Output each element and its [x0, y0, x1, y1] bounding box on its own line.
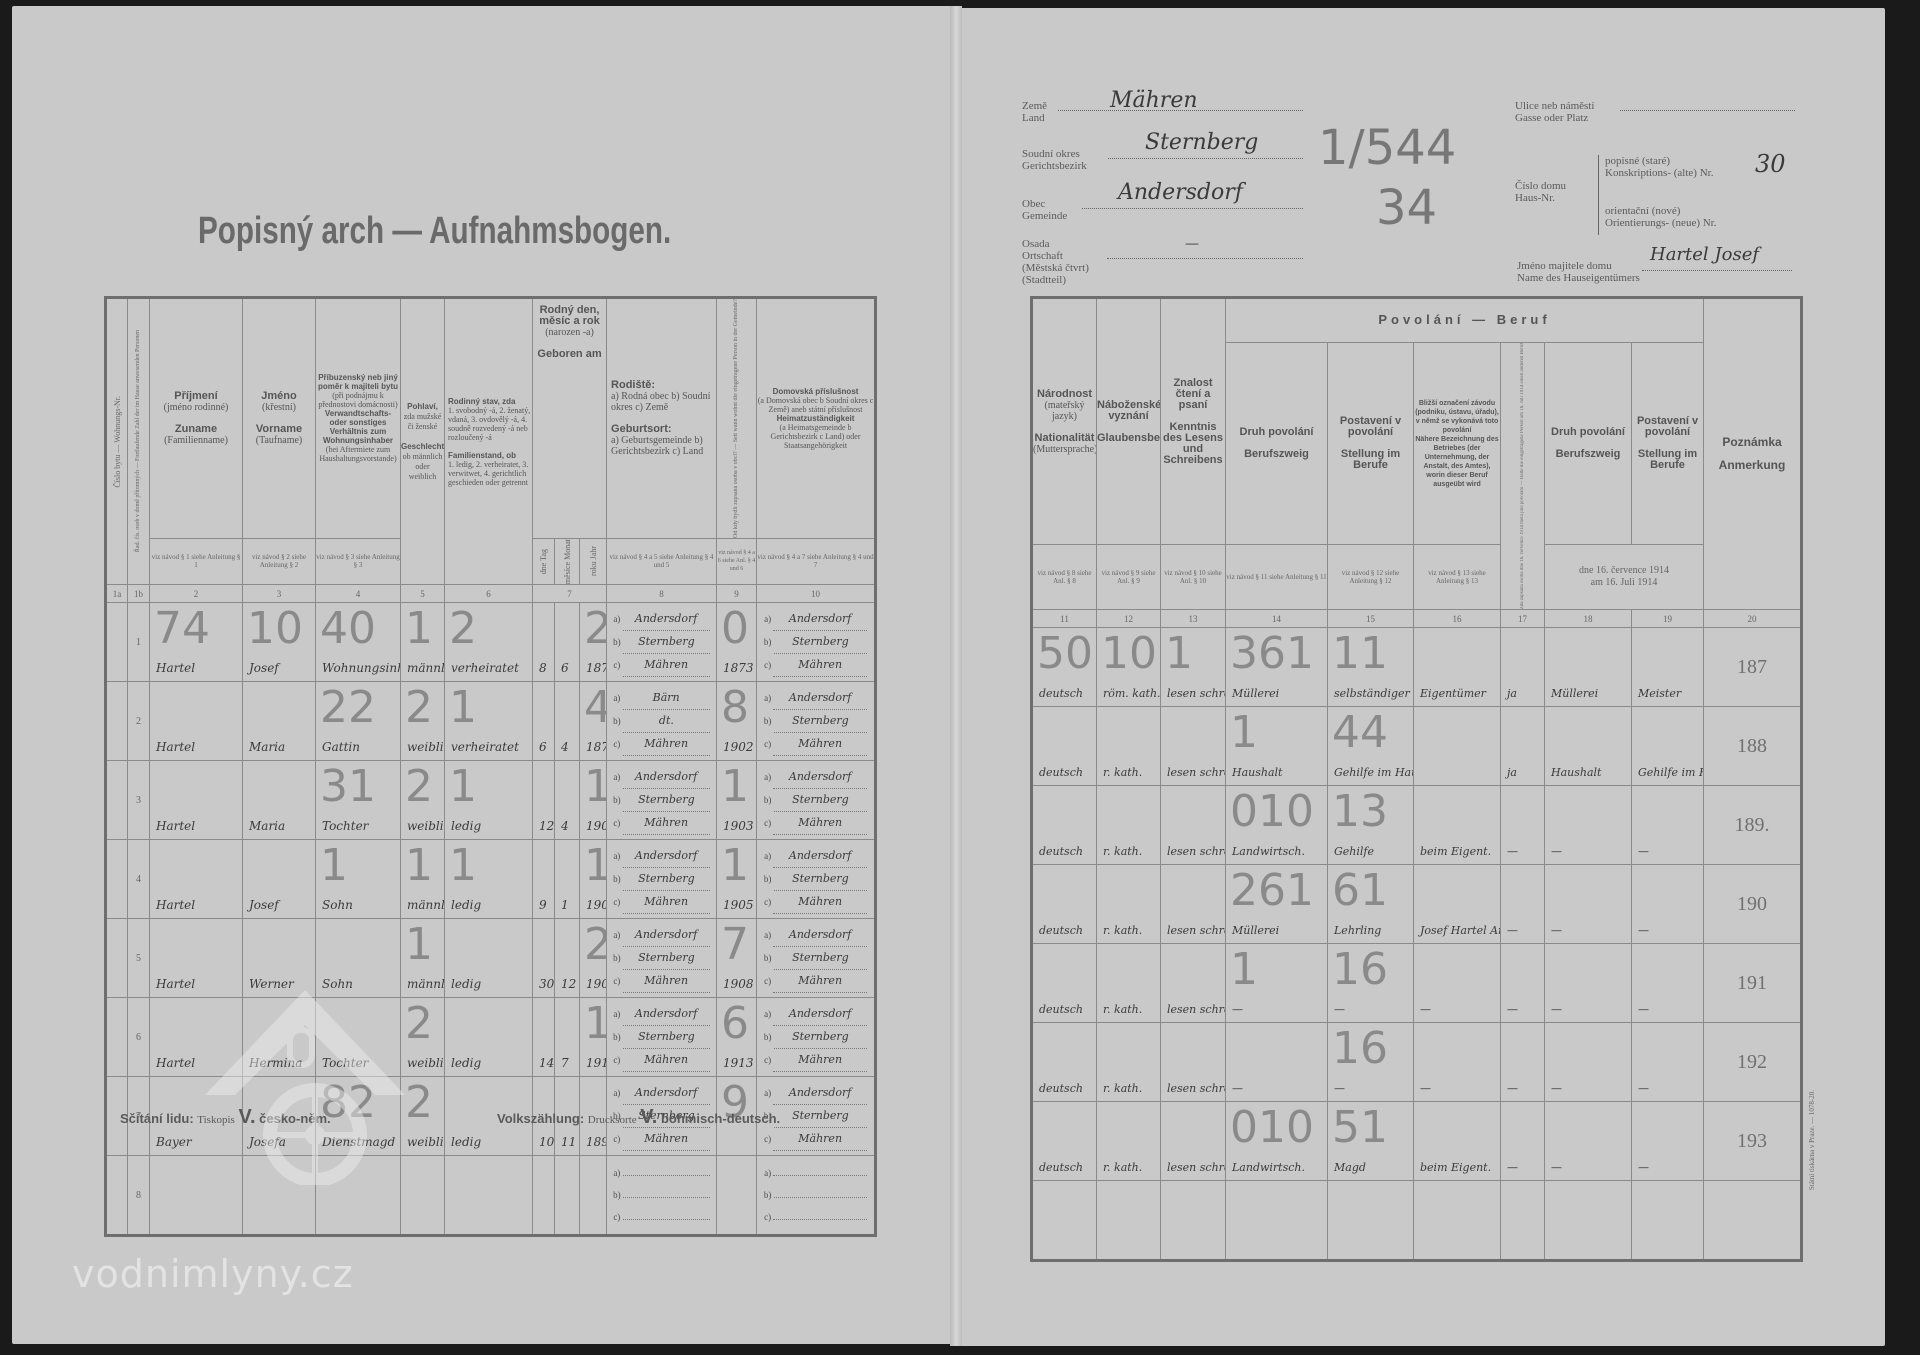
colnum-10: 10: [757, 585, 876, 603]
sex-cell: 1männlich: [401, 603, 445, 682]
ref-10: viz návod § 4 a 7 siehe Anleitung § 4 un…: [757, 538, 876, 584]
meta-obec: Obec Gemeinde: [1022, 198, 1067, 222]
pencil-code: 51: [1332, 1106, 1388, 1150]
colnum-13: 13: [1161, 610, 1226, 628]
status-cell: [445, 1156, 533, 1236]
ref-3: viz návod § 2 siehe Anleitung § 2: [243, 538, 316, 584]
birth-year-cell: 21908: [580, 919, 607, 998]
pencil-code: 10: [247, 607, 303, 651]
literacy-cell: lesen schreib.: [1161, 865, 1226, 944]
dwelling-cell: [106, 1156, 128, 1236]
book-gutter: [950, 6, 962, 1346]
colnum-8: 8: [607, 585, 717, 603]
pencil-code: 40: [320, 607, 376, 651]
ref-11: viz návod § 8 siehe Anl. § 8: [1032, 545, 1097, 610]
gemeinde-label: Gemeinde: [1022, 210, 1067, 222]
birth-day-cell: [533, 1156, 555, 1236]
firstname-cell: Maria: [243, 761, 316, 840]
birth-day-cell: 6: [533, 682, 555, 761]
occupation-1914-cell: —: [1545, 865, 1632, 944]
occupation-cell: 1—: [1226, 944, 1328, 1023]
popisne-label: popisné (staré): [1605, 155, 1717, 167]
position-cell: 51Magd: [1328, 1102, 1414, 1181]
occupation-cell: 1Haushalt: [1226, 707, 1328, 786]
col-19-header: Postavení v povoláníStellung im Berufe: [1632, 343, 1704, 545]
home-cell: a) b) c): [757, 1156, 876, 1236]
pencil-code: 16: [1332, 948, 1388, 992]
status-cell: ledig: [445, 919, 533, 998]
table-row: [1032, 1181, 1802, 1261]
pencil-code: 1: [584, 844, 607, 888]
colnum-17: 17: [1501, 610, 1545, 628]
header-row: Číslo bytu — Wohnungs-Nr. Řad. čís. osob…: [106, 298, 876, 539]
occupation-1914-cell: —: [1545, 1023, 1632, 1102]
home-cell: a) Andersdorf b) Sternberg c) Mähren: [757, 761, 876, 840]
ortschaft-label: Ortschaft: [1022, 250, 1089, 262]
position-cell: 11selbständiger Meister: [1328, 628, 1414, 707]
pencil-ref-bottom: 34: [1376, 180, 1437, 236]
orientierung-label: Orientierungs- (neue) Nr.: [1605, 217, 1717, 229]
footer-right-small: Drucksorte: [588, 1114, 637, 1126]
occupation-cell: 010Landwirtsch.: [1226, 1102, 1328, 1181]
orientacni-label: orientační (nové): [1605, 205, 1717, 217]
firm-cell: —: [1414, 944, 1501, 1023]
meta-soudni-okres: Soudní okres Gerichtsbezirk: [1022, 148, 1087, 172]
majitel-label: Jméno majitele domu: [1517, 260, 1640, 272]
pencil-code: 1: [449, 765, 477, 809]
col-13-header: Znalost čtení a psaníKenntnis des Lesens…: [1161, 298, 1226, 545]
literacy-cell: lesen schreib.: [1161, 1102, 1226, 1181]
watermark-text: vodnimlyny.cz: [72, 1252, 354, 1296]
cislo-domu-label: Číslo domu: [1515, 180, 1566, 192]
birth-day-cell: 8: [533, 603, 555, 682]
zeme-label: Země: [1022, 100, 1047, 112]
footer-right-label: Volkszählung:: [497, 1111, 584, 1126]
colnum-19: 19: [1632, 610, 1704, 628]
stadtteil-label: (Stadtteil): [1022, 274, 1089, 286]
meta-osada: Osada Ortschaft (Městská čtvrt) (Stadtte…: [1022, 238, 1089, 286]
religion-cell: r. kath.: [1097, 786, 1161, 865]
firstname-cell: 10Josef: [243, 603, 316, 682]
birth-cell: a) Andersdorf b) Sternberg c) Mähren: [607, 919, 717, 998]
pencil-code: 1: [721, 844, 749, 888]
pencil-code: 2: [584, 607, 607, 651]
birth-cell: a) Andersdorf b) Sternberg c) Mähren: [607, 840, 717, 919]
ref-9: viz návod § 4 a 6 siehe Anl. § 4 und 6: [717, 538, 757, 584]
position-1914-cell: —: [1632, 865, 1704, 944]
occupation-group-header: Povolání — Beruf: [1226, 298, 1704, 343]
firm-cell: Josef Hartel Andersdorf: [1414, 865, 1501, 944]
birth-cell: a) Bärn b) dt. c) Mähren: [607, 682, 717, 761]
colnum-11: 11: [1032, 610, 1097, 628]
date-note: dne 16. července 1914am 16. Juli 1914: [1545, 545, 1704, 610]
pencil-code: 13: [1332, 790, 1388, 834]
nationality-cell: deutsch: [1032, 707, 1097, 786]
col-11-header: Národnost(mateřský jazyk)Nationalität(Mu…: [1032, 298, 1097, 545]
other-occupation-1914-cell: ja: [1501, 628, 1545, 707]
remark-cell: [1704, 1181, 1802, 1261]
firm-cell: [1414, 707, 1501, 786]
occupation-1914-cell: Müllerei: [1545, 628, 1632, 707]
meta-house-numbers: popisné (staré) Konskriptions- (alte) Nr…: [1598, 155, 1717, 235]
pencil-code: 1: [1165, 632, 1193, 676]
literacy-cell: lesen schreib.: [1161, 786, 1226, 865]
page-title: Popisný arch — Aufnahmsbogen.: [198, 210, 671, 253]
occupation-1914-cell: —: [1545, 944, 1632, 1023]
birth-cell: a) Andersdorf b) Sternberg c) Mähren: [607, 998, 717, 1077]
dwelling-cell: [106, 998, 128, 1077]
birth-year-cell: 11913: [580, 998, 607, 1077]
obec-line: [1082, 208, 1303, 209]
occupation-1914-cell: —: [1545, 786, 1632, 865]
sub-year: roku Jahr: [580, 538, 607, 584]
pencil-code: 1: [721, 765, 749, 809]
home-cell: a) Andersdorf b) Sternberg c) Mähren: [757, 603, 876, 682]
birth-day-cell: 14: [533, 998, 555, 1077]
row-number: 3: [128, 761, 150, 840]
birth-day-cell: 9: [533, 840, 555, 919]
birth-day-cell: 30: [533, 919, 555, 998]
colnum-5: 5: [401, 585, 445, 603]
dwelling-cell: [106, 840, 128, 919]
religion-cell: r. kath.: [1097, 1023, 1161, 1102]
col-15-header: Postavení v povoláníStellung im Berufe: [1328, 343, 1414, 545]
footer-left-label: Sčítání lidu:: [120, 1111, 194, 1126]
firstname-cell: Josef: [243, 840, 316, 919]
majitel-line: [1642, 270, 1792, 271]
sub-day: dne Tag: [533, 538, 555, 584]
other-occupation-1914-cell: —: [1501, 865, 1545, 944]
position-1914-cell: —: [1632, 1023, 1704, 1102]
nationality-cell: deutsch: [1032, 1023, 1097, 1102]
soudni-okres-value: Sternberg: [1145, 130, 1258, 155]
position-1914-cell: —: [1632, 944, 1704, 1023]
pencil-code: 31: [320, 765, 376, 809]
status-cell: 1ledig: [445, 840, 533, 919]
row-number: 2: [128, 682, 150, 761]
birth-year-cell: 21873: [580, 603, 607, 682]
soudni-okres-label: Soudní okres: [1022, 148, 1087, 160]
majitel-value: Hartel Josef: [1650, 244, 1759, 265]
remark-cell: 187: [1704, 628, 1802, 707]
sub-month: měsíce Monat: [555, 538, 580, 584]
col-1a-header: Číslo bytu — Wohnungs-Nr.: [106, 298, 128, 585]
colnum-12: 12: [1097, 610, 1161, 628]
obec-label: Obec: [1022, 198, 1067, 210]
right-header-row-1: Národnost(mateřský jazyk)Nationalität(Mu…: [1032, 298, 1802, 343]
pencil-code: 1: [320, 844, 348, 888]
osada-value: —: [1185, 236, 1199, 252]
resident-since-cell: 71908: [717, 919, 757, 998]
row-number: 4: [128, 840, 150, 919]
col-5-header: Pohlaví,zda mužské či ženskéGeschlecht,o…: [401, 298, 445, 585]
nationality-cell: deutsch: [1032, 944, 1097, 1023]
osada-label: Osada: [1022, 238, 1089, 250]
remark-cell: 190: [1704, 865, 1802, 944]
position-cell: 13Gehilfe: [1328, 786, 1414, 865]
meta-majitel: Jméno majitele domu Name des Hauseigentü…: [1517, 260, 1640, 284]
pencil-code: 16: [1332, 1027, 1388, 1071]
nationality-cell: 50deutsch: [1032, 628, 1097, 707]
nationality-cell: deutsch: [1032, 865, 1097, 944]
row-number: 5: [128, 919, 150, 998]
pencil-code: 1: [584, 765, 607, 809]
surname-cell: Hartel: [150, 840, 243, 919]
religion-cell: r. kath.: [1097, 865, 1161, 944]
colnum-16: 16: [1414, 610, 1501, 628]
colnum-6: 6: [445, 585, 533, 603]
birth-year-cell: 41879: [580, 682, 607, 761]
occupation-cell: —: [1226, 1023, 1328, 1102]
colnum-2: 2: [150, 585, 243, 603]
position-cell: 61Lehrling: [1328, 865, 1414, 944]
pencil-code: 1: [449, 844, 477, 888]
pencil-ref-top: 1/544: [1318, 120, 1456, 176]
birth-day-cell: 12: [533, 761, 555, 840]
col-12-header: Náboženské vyznáníGlaubensbekenntnis: [1097, 298, 1161, 545]
column-number-row: 1a 1b 2 3 4 5 6 7 8 9 10: [106, 585, 876, 603]
pencil-code: 61: [1332, 869, 1388, 913]
remark-cell: 188: [1704, 707, 1802, 786]
mestska-ctvrt-label: (Městská čtvrt): [1022, 262, 1089, 274]
religion-cell: r. kath.: [1097, 1102, 1161, 1181]
birth-month-cell: 1: [555, 840, 580, 919]
sex-cell: 1männlich: [401, 840, 445, 919]
birth-month-cell: [555, 1156, 580, 1236]
eigentuemer-label: Name des Hauseigentümers: [1517, 272, 1640, 284]
firm-cell: beim Eigent.: [1414, 1102, 1501, 1181]
position-1914-cell: Gehilfe im Haushalt: [1632, 707, 1704, 786]
birth-cell: a) Andersdorf b) Sternberg c) Mähren: [607, 761, 717, 840]
pencil-code: 2: [405, 765, 433, 809]
relation-cell: 31Tochter: [316, 761, 401, 840]
pencil-code: 2: [405, 686, 433, 730]
ref-16: viz návod § 13 siehe Anleitung § 13: [1414, 545, 1501, 610]
firm-cell: Eigentümer: [1414, 628, 1501, 707]
resident-since-cell: 01873: [717, 603, 757, 682]
home-cell: a) Andersdorf b) Sternberg c) Mähren: [757, 919, 876, 998]
position-cell: 16—: [1328, 1023, 1414, 1102]
other-occupation-1914-cell: —: [1501, 1102, 1545, 1181]
pencil-code: 6: [721, 1002, 749, 1046]
popisne-value: 30: [1755, 150, 1786, 178]
col-14-header: Druh povoláníBerufszweig: [1226, 343, 1328, 545]
ref-12: viz návod § 9 siehe Anl. § 9: [1097, 545, 1161, 610]
birth-year-cell: 11905: [580, 840, 607, 919]
table-row: 174Hartel10Josef40Wohnungsinhaber1männli…: [106, 603, 876, 682]
nationality-cell: deutsch: [1032, 1102, 1097, 1181]
col-16-header: Bližší označení závodu (podniku, ústavu,…: [1414, 343, 1501, 545]
surname-cell: 74Hartel: [150, 603, 243, 682]
remark-cell: 191: [1704, 944, 1802, 1023]
position-1914-cell: Meister: [1632, 628, 1704, 707]
land-label: Land: [1022, 112, 1047, 124]
birth-month-cell: 4: [555, 682, 580, 761]
col-20-header: PoznámkaAnmerkung: [1704, 298, 1802, 610]
footer-right-rest: böhmisch-deutsch.: [661, 1111, 780, 1126]
table-row: deutschr. kath.lesen schreib.1—16—————19…: [1032, 944, 1802, 1023]
pencil-code: 0: [721, 607, 749, 651]
table-row: deutschr. kath.lesen schreib.—16—————192: [1032, 1023, 1802, 1102]
surname-cell: Hartel: [150, 761, 243, 840]
religion-cell: 10röm. kath.: [1097, 628, 1161, 707]
col-4-header: Příbuzenský neb jiný poměr k majiteli by…: [316, 298, 401, 539]
occupation-cell: [1226, 1181, 1328, 1261]
occupation-cell: 010Landwirtsch.: [1226, 786, 1328, 865]
ref-15: viz návod § 12 siehe Anleitung § 12: [1328, 545, 1414, 610]
ref-14: viz návod § 11 siehe Anleitung § 11: [1226, 545, 1328, 610]
table-row: deutschr. kath.lesen schreib.010Landwirt…: [1032, 1102, 1802, 1181]
birth-year-cell: 11903: [580, 761, 607, 840]
ulice-label: Ulice neb náměstí: [1515, 100, 1594, 112]
occupation-cell: 361Müllerei: [1226, 628, 1328, 707]
colnum-1a: 1a: [106, 585, 128, 603]
meta-ulice: Ulice neb náměstí Gasse oder Platz: [1515, 100, 1594, 124]
birth-cell: a) Andersdorf b) Sternberg c) Mähren: [607, 603, 717, 682]
nationality-cell: [1032, 1181, 1097, 1261]
position-1914-cell: —: [1632, 1102, 1704, 1181]
status-cell: 1verheiratet: [445, 682, 533, 761]
col-6-header: Rodinný stav, zda1. svobodný -á, 2. žena…: [445, 298, 533, 585]
right-census-table: Národnost(mateřský jazyk)Nationalität(Mu…: [1030, 296, 1803, 1262]
table-row: 2HartelMaria22Gattin2weiblich1verheirate…: [106, 682, 876, 761]
pencil-code: 1: [584, 1002, 607, 1046]
haus-nr-label: Haus-Nr.: [1515, 192, 1566, 204]
other-occupation-1914-cell: —: [1501, 786, 1545, 865]
pencil-code: 4: [584, 686, 607, 730]
firstname-cell: Maria: [243, 682, 316, 761]
resident-since-cell: 11903: [717, 761, 757, 840]
obec-value: Andersdorf: [1118, 180, 1243, 205]
religion-cell: [1097, 1181, 1161, 1261]
birth-cell: a) b) c): [607, 1156, 717, 1236]
home-cell: a) Andersdorf b) Sternberg c) Mähren: [757, 682, 876, 761]
birth-month-cell: 12: [555, 919, 580, 998]
footer-right-v: V.: [640, 1106, 657, 1128]
pencil-code: 10: [1101, 632, 1157, 676]
dwelling-cell: [106, 761, 128, 840]
sex-cell: 2weiblich: [401, 682, 445, 761]
pencil-code: 1: [1230, 711, 1258, 755]
literacy-cell: lesen schreib.: [1161, 944, 1226, 1023]
col-8-header: Rodiště:a) Rodná obec b) Soudní okres c)…: [607, 298, 717, 539]
pencil-code: 010: [1230, 1106, 1314, 1150]
remark-cell: 192: [1704, 1023, 1802, 1102]
ref-2: viz návod § 1 siehe Anleitung § 1: [150, 538, 243, 584]
other-occupation-1914-cell: ja: [1501, 707, 1545, 786]
surname-cell: Hartel: [150, 682, 243, 761]
dwelling-cell: [106, 603, 128, 682]
watermill-logo-icon: [195, 985, 415, 1185]
ref-8: viz návod § 4 a 5 siehe Anleitung § 4 un…: [607, 538, 717, 584]
zeme-value: Mähren: [1110, 88, 1198, 113]
resident-since-cell: 81902: [717, 682, 757, 761]
pencil-code: 1: [405, 607, 433, 651]
birth-month-cell: 6: [555, 603, 580, 682]
occupation-1914-cell: Haushalt: [1545, 707, 1632, 786]
pencil-code: 50: [1037, 632, 1093, 676]
pencil-code: 11: [1332, 632, 1388, 676]
remark-cell: 193: [1704, 1102, 1802, 1181]
pencil-code: 1: [1230, 948, 1258, 992]
soudni-okres-line: [1108, 158, 1303, 159]
other-occupation-1914-cell: [1501, 1181, 1545, 1261]
status-cell: 2verheiratet: [445, 603, 533, 682]
birth-year-cell: [580, 1156, 607, 1236]
occupation-1914-cell: —: [1545, 1102, 1632, 1181]
pencil-code: 74: [154, 607, 210, 651]
row-number: 1: [128, 603, 150, 682]
firm-cell: —: [1414, 1023, 1501, 1102]
gerichtsbezirk-label: Gerichtsbezirk: [1022, 160, 1087, 172]
position-cell: 16—: [1328, 944, 1414, 1023]
literacy-cell: [1161, 1181, 1226, 1261]
footer-right: Volkszählung: Drucksorte V. böhmisch-deu…: [497, 1106, 780, 1129]
colnum-15: 15: [1328, 610, 1414, 628]
pencil-code: 7: [721, 923, 749, 967]
position-1914-cell: —: [1632, 786, 1704, 865]
colnum-9: 9: [717, 585, 757, 603]
occupation-cell: 261Müllerei: [1226, 865, 1328, 944]
firm-cell: [1414, 1181, 1501, 1261]
colnum-7: 7: [533, 585, 607, 603]
colnum-14: 14: [1226, 610, 1328, 628]
religion-cell: r. kath.: [1097, 944, 1161, 1023]
table-row: 3HartelMaria31Tochter2weiblich1ledig1241…: [106, 761, 876, 840]
col-10-header: Domovská příslušnost(a Domovská obec b S…: [757, 298, 876, 539]
colnum-20: 20: [1704, 610, 1802, 628]
ref-13: viz návod § 10 siehe Anl. § 10: [1161, 545, 1226, 610]
col-3-header: Jméno(křestní)Vorname(Taufname): [243, 298, 316, 539]
pencil-code: 361: [1230, 632, 1314, 676]
col-9-header: Od kdy bydlí zapsaná osoba v obci? — Sei…: [717, 298, 757, 539]
colnum-3: 3: [243, 585, 316, 603]
right-column-number-row: 11 12 13 14 15 16 17 18 19 20: [1032, 610, 1802, 628]
resident-since-cell: 61913: [717, 998, 757, 1077]
home-cell: a) Andersdorf b) Sternberg c) Mähren: [757, 998, 876, 1077]
ulice-line: [1620, 110, 1795, 111]
pencil-code: 010: [1230, 790, 1314, 834]
position-cell: [1328, 1181, 1414, 1261]
table-row: 50deutsch10röm. kath.1lesen schreib.361M…: [1032, 628, 1802, 707]
col-2-header: Příjmení(jméno rodinné)Zuname(Familienna…: [150, 298, 243, 539]
meta-cislo-domu: Číslo domu Haus-Nr.: [1515, 180, 1566, 204]
other-occupation-1914-cell: —: [1501, 944, 1545, 1023]
pencil-code: 2: [584, 923, 607, 967]
table-row: deutschr. kath.lesen schreib.261Müllerei…: [1032, 865, 1802, 944]
status-cell: ledig: [445, 998, 533, 1077]
row-number: 6: [128, 998, 150, 1077]
religion-cell: r. kath.: [1097, 707, 1161, 786]
other-occupation-1914-cell: —: [1501, 1023, 1545, 1102]
pencil-code: 2: [449, 607, 477, 651]
sex-cell: 2weiblich: [401, 761, 445, 840]
pencil-code: 44: [1332, 711, 1388, 755]
col-7-header: Rodný den, měsíc a rok(narozen -a)Gebore…: [533, 298, 607, 539]
printer-imprint: Státní tiskárna v Praze. — 1078-20.: [1808, 1090, 1816, 1190]
nationality-cell: deutsch: [1032, 786, 1097, 865]
pencil-code: 261: [1230, 869, 1314, 913]
pencil-code: 8: [721, 686, 749, 730]
firm-cell: beim Eigent.: [1414, 786, 1501, 865]
dwelling-cell: [106, 682, 128, 761]
remark-cell: 189.: [1704, 786, 1802, 865]
colnum-1b: 1b: [128, 585, 150, 603]
right-reference-row: viz návod § 8 siehe Anl. § 8 viz návod §…: [1032, 545, 1802, 610]
table-row: deutschr. kath.lesen schreib.1Haushalt44…: [1032, 707, 1802, 786]
colnum-4: 4: [316, 585, 401, 603]
col-18-header: Druh povoláníBerufszweig: [1545, 343, 1632, 545]
